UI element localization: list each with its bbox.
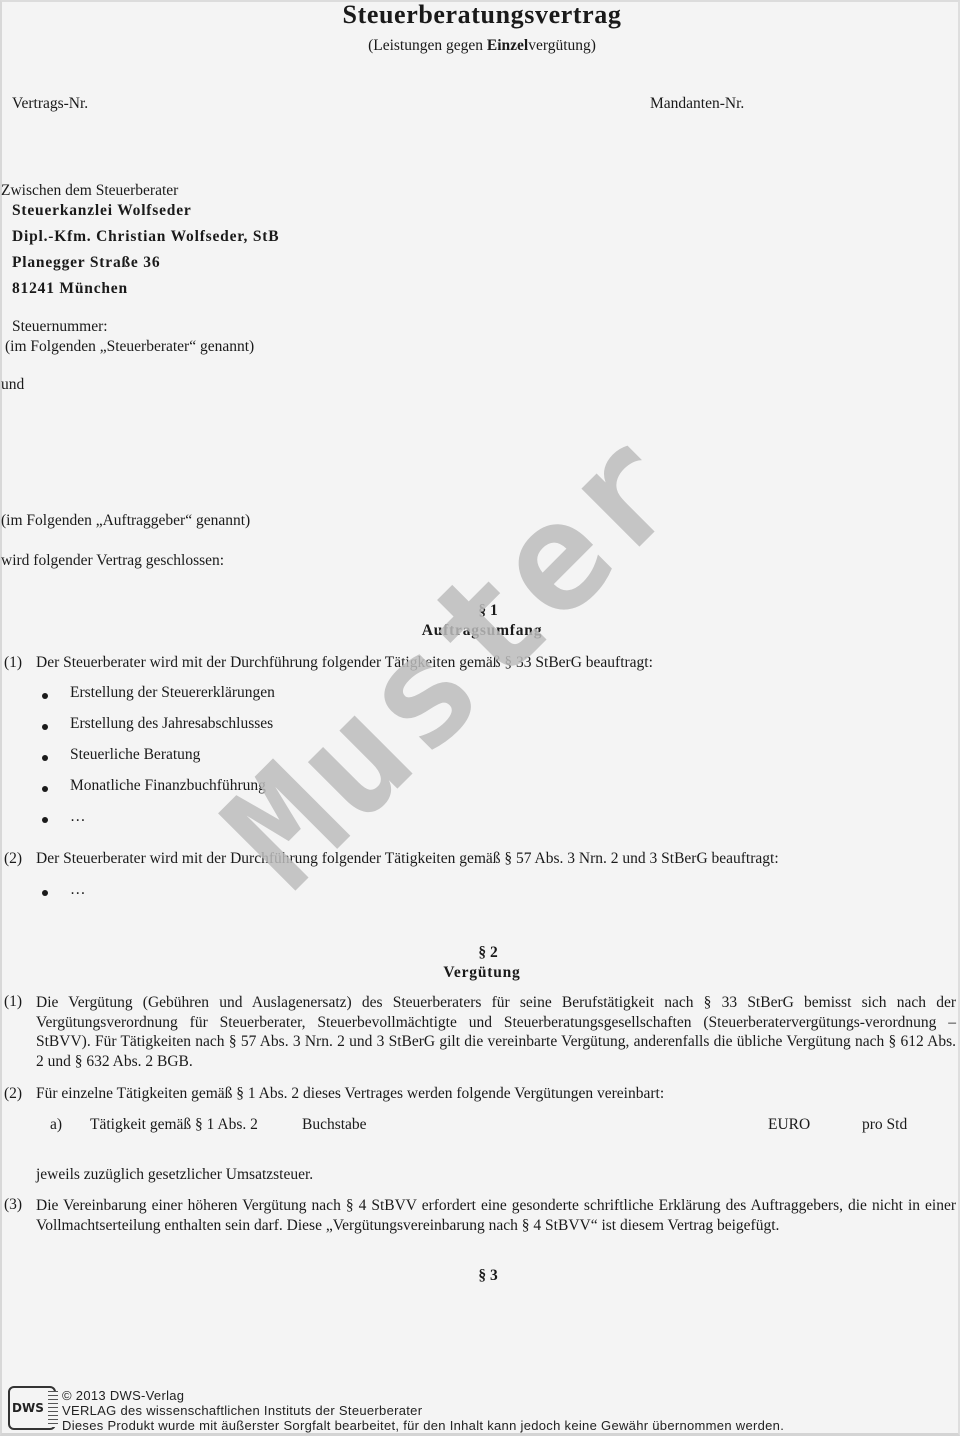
section-2-title: Vergütung [2, 964, 960, 982]
section-3-number: § 3 [2, 1267, 960, 1285]
contract-intro: wird folgender Vertrag geschlossen: [1, 552, 224, 570]
s1-p2-text: Der Steuerberater wird mit der Durchführ… [36, 850, 779, 868]
document-subtitle: (Leistungen gegen Einzelvergütung) [2, 37, 960, 55]
s2-p1-text: Die Vergütung (Gebühren und Auslagenersa… [36, 993, 956, 1071]
fee-item-unit: pro Std [862, 1116, 907, 1134]
advisor-city: 81241 München [12, 280, 128, 298]
bullet-icon [42, 724, 48, 730]
section-1-title: Auftragsumfang [2, 622, 960, 640]
fee-item-label: a) [50, 1116, 62, 1134]
advisor-street: Planegger Straße 36 [12, 254, 160, 272]
client-number-label: Mandanten-Nr. [650, 95, 744, 113]
footer-disclaimer: Dieses Produkt wurde mit äußerster Sorgf… [62, 1418, 784, 1433]
between-label: Zwischen dem Steuerberater [1, 182, 178, 200]
s2-p3-text: Die Vereinbarung einer höheren Vergütung… [36, 1196, 956, 1235]
s1-p1-text: Der Steuerberater wird mit der Durchführ… [36, 654, 653, 672]
client-alias: (im Folgenden „Auftraggeber“ genannt) [1, 512, 250, 530]
bullet-icon [42, 755, 48, 761]
fee-item-activity: Tätigkeit gemäß § 1 Abs. 2 [90, 1116, 258, 1134]
and-label: und [1, 376, 24, 394]
list-item: Erstellung der Steuererklärungen [70, 684, 275, 702]
list-item: Monatliche Finanzbuchführung [70, 777, 266, 795]
footer-publisher: VERLAG des wissenschaftlichen Instituts … [62, 1403, 422, 1418]
s2-p2-number: (2) [4, 1085, 22, 1103]
list-item: Erstellung des Jahresabschlusses [70, 715, 273, 733]
section-2-number: § 2 [2, 944, 960, 962]
document-page: Steuerberatungsvertrag (Leistungen gegen… [0, 0, 960, 1436]
s1-p1-number: (1) [4, 654, 22, 672]
section-1-number: § 1 [2, 602, 960, 620]
logo-text: DWS [12, 1401, 44, 1415]
s1-p2-number: (2) [4, 850, 22, 868]
list-item: Steuerliche Beratung [70, 746, 200, 764]
vat-note: jeweils zuzüglich gesetzlicher Umsatzste… [36, 1166, 313, 1184]
s2-p1-number: (1) [4, 993, 22, 1011]
footer-copyright: © 2013 DWS-Verlag [62, 1388, 184, 1403]
fee-item-currency: EURO [768, 1116, 810, 1134]
bullet-icon [42, 890, 48, 896]
subtitle-suffix: vergütung) [528, 37, 596, 54]
document-title: Steuerberatungsvertrag [2, 0, 960, 30]
list-item: … [70, 808, 86, 826]
bullet-icon [42, 693, 48, 699]
subtitle-bold: Einzel [487, 37, 528, 54]
advisor-alias: (im Folgenden „Steuerberater“ genannt) [5, 338, 254, 356]
logo-lines-icon [48, 1391, 58, 1427]
subtitle-prefix: (Leistungen gegen [368, 37, 487, 54]
advisor-name: Dipl.-Kfm. Christian Wolfseder, StB [12, 228, 279, 246]
tax-number-label: Steuernummer: [12, 318, 108, 336]
s2-p3-number: (3) [4, 1196, 22, 1214]
bullet-icon [42, 817, 48, 823]
fee-item-letter-label: Buchstabe [302, 1116, 367, 1134]
list-item: … [70, 881, 86, 899]
bullet-icon [42, 786, 48, 792]
advisor-firm: Steuerkanzlei Wolfseder [12, 202, 192, 220]
s2-p2-text: Für einzelne Tätigkeiten gemäß § 1 Abs. … [36, 1085, 664, 1103]
contract-number-label: Vertrags-Nr. [12, 95, 88, 113]
dws-logo-icon: DWS [8, 1386, 56, 1430]
